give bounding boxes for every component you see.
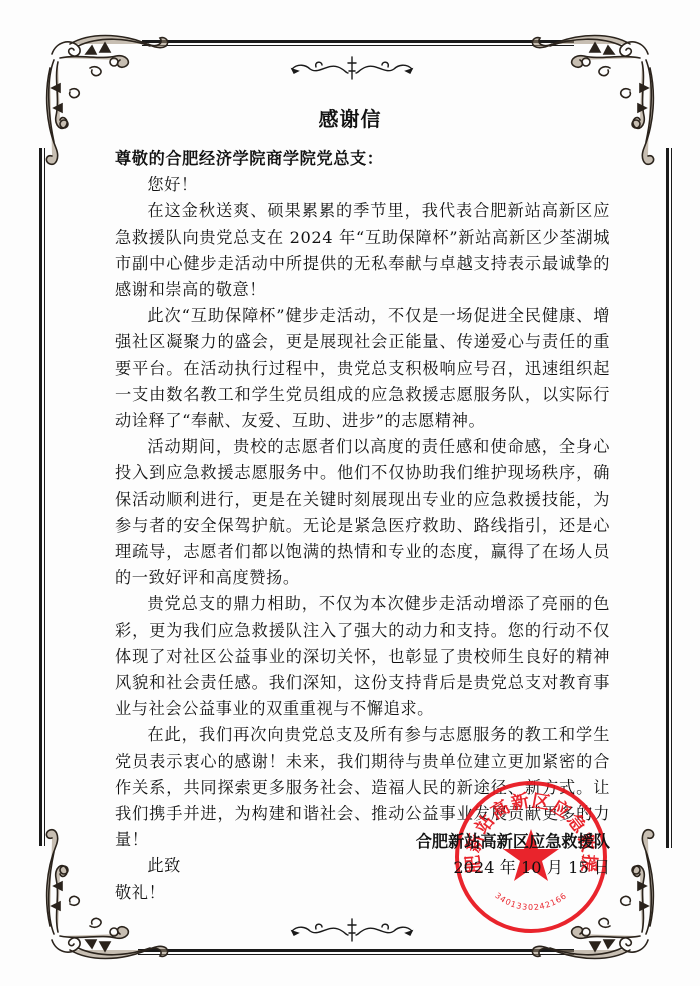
letter-title: 感谢信 xyxy=(0,103,700,132)
flourish-top-icon xyxy=(288,55,416,81)
border-top-line xyxy=(142,40,574,46)
paragraph-4: 贵党总支的鼎力相助，不仅为本次健步走活动增添了亮丽的色彩，更为我们应急救援队注入… xyxy=(115,591,610,722)
letter-page: 感谢信 尊敬的合肥经济学院商学院党总支： 您好！ 在这金秋送爽、硕果累累的季节里… xyxy=(0,0,700,986)
signature-date: 2024 年 10 月 15 日 xyxy=(400,855,610,881)
svg-text:3401330242166: 3401330242166 xyxy=(493,891,568,912)
paragraph-1: 在这金秋送爽、硕果累累的季节里，我代表合肥新站高新区应急救援队向贵党总支在 20… xyxy=(115,198,610,303)
signature-organization: 合肥新站高新区应急救援队 xyxy=(400,829,610,855)
border-right-line xyxy=(666,148,672,848)
paragraph-2: 此次“互助保障杯”健步走活动，不仅是一场促进全民健康、增强社区凝聚力的盛会，更是… xyxy=(115,303,610,434)
signature-block: 合肥新站高新区应急救援队 2024 年 10 月 15 日 xyxy=(400,829,610,881)
border-bottom-line xyxy=(138,949,574,955)
flourish-bottom-icon xyxy=(288,917,416,943)
greeting: 您好！ xyxy=(115,172,610,198)
salutation: 尊敬的合肥经济学院商学院党总支： xyxy=(115,146,610,172)
paragraph-3: 活动期间，贵校的志愿者们以高度的责任感和使命感，全身心投入到应急救援志愿服务中。… xyxy=(115,434,610,591)
border-left-line xyxy=(39,148,45,846)
stamp-code: 3401330242166 xyxy=(493,891,568,912)
